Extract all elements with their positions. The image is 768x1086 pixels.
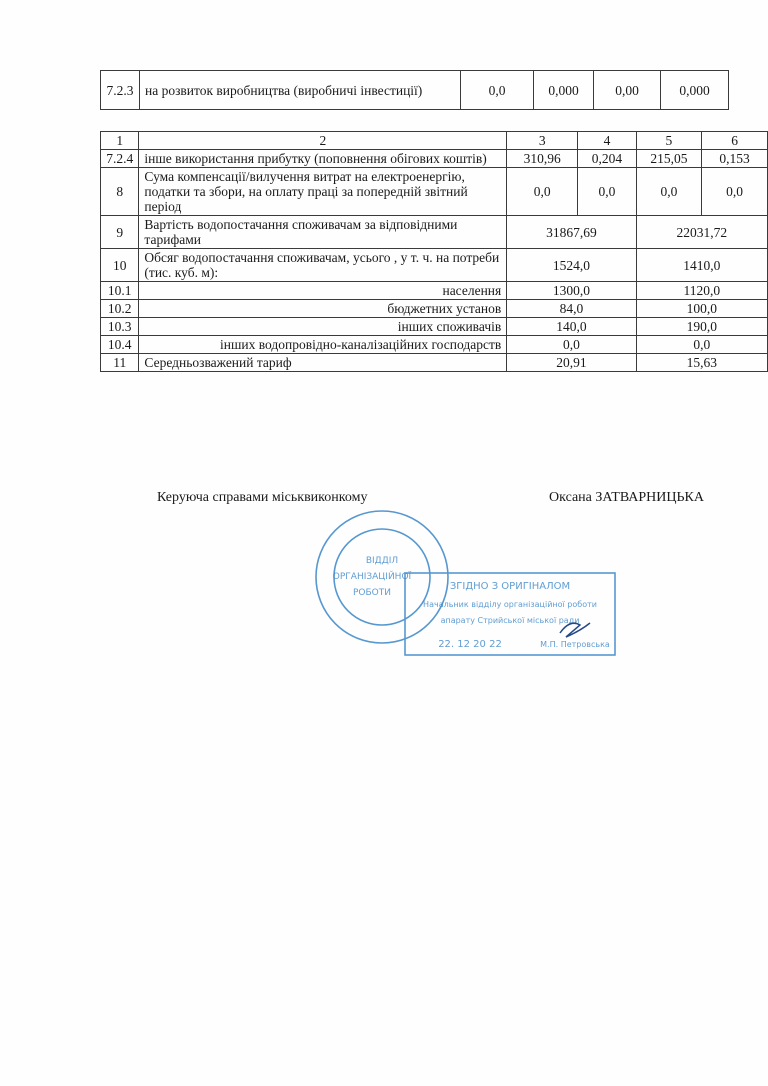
column-header: 5 xyxy=(636,132,701,150)
stamp-center-line: ОРГАНІЗАЦІЙНОЇ xyxy=(333,570,412,582)
row-number: 10.4 xyxy=(101,336,139,354)
signatory-name: Оксана ЗАТВАРНИЦЬКА xyxy=(549,490,704,506)
row-label: Вартість водопостачання споживачам за ві… xyxy=(139,216,507,249)
stamp-box-line: Начальник відділу організаційної роботи xyxy=(423,600,597,609)
row-label: населення xyxy=(139,282,507,300)
cell: 0,0 xyxy=(636,168,701,216)
row-number: 10 xyxy=(101,249,139,282)
stamp-date: 22. 12 20 22 xyxy=(438,639,502,650)
cell: 0,0 xyxy=(702,168,768,216)
column-header: 2 xyxy=(139,132,507,150)
cell: 15,63 xyxy=(636,354,767,372)
table-row: 10.3 інших споживачів 140,0 190,0 xyxy=(101,318,768,336)
cell: 1410,0 xyxy=(636,249,767,282)
row-number: 11 xyxy=(101,354,139,372)
cell: 190,0 xyxy=(636,318,767,336)
handwritten-signature-icon xyxy=(560,623,590,637)
table-row: 10.4 інших водопровідно-каналізаційних г… xyxy=(101,336,768,354)
cell: 20,91 xyxy=(507,354,636,372)
signatory-position: Керуюча справами міськвиконкому xyxy=(157,490,367,506)
table-row: 10.2 бюджетних установ 84,0 100,0 xyxy=(101,300,768,318)
cell: 1524,0 xyxy=(507,249,636,282)
stamp-box-line: ЗГІДНО З ОРИГІНАЛОМ xyxy=(450,581,570,592)
cell: 1300,0 xyxy=(507,282,636,300)
table-main: 1 2 3 4 5 6 7.2.4 інше використання приб… xyxy=(100,131,768,372)
stamp-box-line: апарату Стрийської міської ради xyxy=(441,616,580,625)
table-row: 11 Середньозважений тариф 20,91 15,63 xyxy=(101,354,768,372)
column-header: 3 xyxy=(507,132,578,150)
row-label: бюджетних установ xyxy=(139,300,507,318)
column-header: 4 xyxy=(578,132,636,150)
row-number: 10.3 xyxy=(101,318,139,336)
cell: 0,0 xyxy=(461,71,534,110)
table-fragment-top: 7.2.3 на розвиток виробництва (виробничі… xyxy=(100,70,729,110)
column-header: 6 xyxy=(702,132,768,150)
row-label: Обсяг водопостачання споживачам, усього … xyxy=(139,249,507,282)
cell: 22031,72 xyxy=(636,216,767,249)
row-label: на розвиток виробництва (виробничі інвес… xyxy=(140,71,461,110)
stamp-center-line: РОБОТИ xyxy=(353,588,391,598)
cell: 0,153 xyxy=(702,150,768,168)
row-label: інших споживачів xyxy=(139,318,507,336)
cell: 0,0 xyxy=(507,336,636,354)
row-number: 7.2.3 xyxy=(101,71,140,110)
cell: 31867,69 xyxy=(507,216,636,249)
cell: 100,0 xyxy=(636,300,767,318)
row-label: інших водопровідно-каналізаційних господ… xyxy=(139,336,507,354)
cell: 1120,0 xyxy=(636,282,767,300)
cell: 310,96 xyxy=(507,150,578,168)
cell: 84,0 xyxy=(507,300,636,318)
row-number: 10.1 xyxy=(101,282,139,300)
cell: 0,204 xyxy=(578,150,636,168)
stamp-signer: М.П. Петровська xyxy=(540,640,610,649)
table-row: 10.1 населення 1300,0 1120,0 xyxy=(101,282,768,300)
stamp-center-line: ВІДДІЛ xyxy=(366,556,398,566)
table-row: 10 Обсяг водопостачання споживачам, усьо… xyxy=(101,249,768,282)
cell: 0,000 xyxy=(661,71,729,110)
row-number: 7.2.4 xyxy=(101,150,139,168)
row-label: Середньозважений тариф xyxy=(139,354,507,372)
table-row: 8 Сума компенсації/вилучення витрат на е… xyxy=(101,168,768,216)
row-label: Сума компенсації/вилучення витрат на еле… xyxy=(139,168,507,216)
table-header-row: 1 2 3 4 5 6 xyxy=(101,132,768,150)
cell: 0,0 xyxy=(507,168,578,216)
row-number: 8 xyxy=(101,168,139,216)
cell: 140,0 xyxy=(507,318,636,336)
table-row: 9 Вартість водопостачання споживачам за … xyxy=(101,216,768,249)
cell: 0,0 xyxy=(636,336,767,354)
cell: 0,00 xyxy=(594,71,661,110)
table-row: 7.2.3 на розвиток виробництва (виробничі… xyxy=(101,71,729,110)
cell: 0,000 xyxy=(534,71,594,110)
row-number: 10.2 xyxy=(101,300,139,318)
row-label: інше використання прибутку (поповнення о… xyxy=(139,150,507,168)
table-row: 7.2.4 інше використання прибутку (поповн… xyxy=(101,150,768,168)
column-header: 1 xyxy=(101,132,139,150)
official-stamp: ВІДДІЛ ОРГАНІЗАЦІЙНОЇ РОБОТИ ЗГІДНО З ОР… xyxy=(310,505,630,675)
cell: 0,0 xyxy=(578,168,636,216)
cell: 215,05 xyxy=(636,150,701,168)
row-number: 9 xyxy=(101,216,139,249)
